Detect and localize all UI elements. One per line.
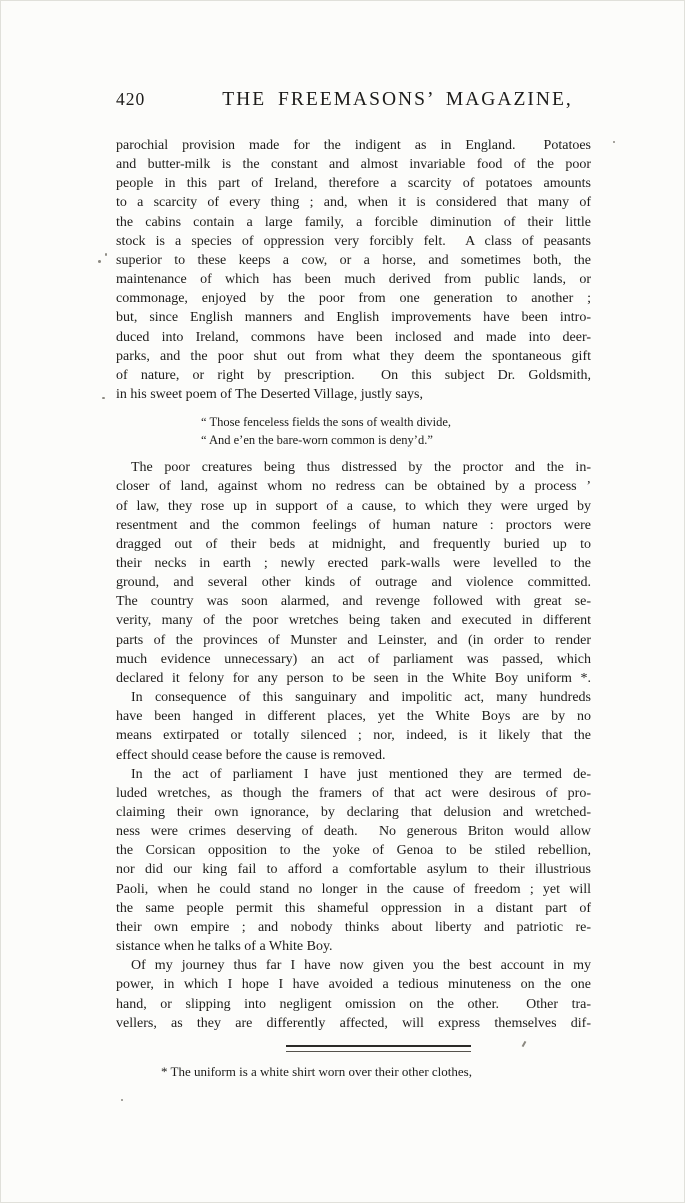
paragraph: In the act of parliament I have just men… (116, 765, 591, 957)
text-line: In the act of parliament I have just men… (116, 765, 591, 784)
text-line: nor did our king fail to afford a comfor… (116, 860, 591, 879)
scan-speck (102, 397, 105, 399)
text-line: “ Those fenceless fields the sons of wea… (201, 414, 591, 432)
magazine-page: 420 THE FREEMASONS’ MAGAZINE, parochial … (0, 0, 685, 1203)
text-line: closer of land, against whom no redress … (116, 477, 591, 496)
paragraph: The poor creatures being thus distressed… (116, 458, 591, 688)
text-line: hand, or slipping into negligent omissio… (116, 995, 591, 1014)
text-line: the Corsican opposition to the yoke of G… (116, 841, 591, 860)
text-line: their necks in earth ; newly erected par… (116, 554, 591, 573)
text-line: Of my journey thus far I have now given … (116, 956, 591, 975)
scan-speck (105, 253, 107, 256)
text-line: their own empire ; and nobody thinks abo… (116, 918, 591, 937)
paragraph: Of my journey thus far I have now given … (116, 956, 591, 1033)
text-line: parochial provision made for the indigen… (116, 136, 591, 155)
text-line: in his sweet poem of The Deserted Villag… (116, 385, 591, 404)
text-line: power, in which I hope I have avoided a … (116, 975, 591, 994)
text-line: much evidence unnecessary) an act of par… (116, 650, 591, 669)
text-line: the cabins contain a large family, a for… (116, 213, 591, 232)
footnote-text: * The uniform is a white shirt worn over… (116, 1063, 591, 1081)
text-line: of law, they rose up in support of a cau… (116, 497, 591, 516)
paragraph: In consequence of this sanguinary and im… (116, 688, 591, 765)
page-content: 420 THE FREEMASONS’ MAGAZINE, parochial … (116, 89, 591, 1081)
text-line: ground, and several other kinds of outra… (116, 573, 591, 592)
text-line: the same people permit this shameful opp… (116, 899, 591, 918)
paragraph: parochial provision made for the indigen… (116, 136, 591, 404)
text-line: claiming their own ignorance, by declari… (116, 803, 591, 822)
text-line: verity, many of the poor wretches being … (116, 611, 591, 630)
text-line: The country was soon alarmed, and reveng… (116, 592, 591, 611)
text-line: parks, and the poor shut out from what t… (116, 347, 591, 366)
text-line: maintenance of which has been much deriv… (116, 270, 591, 289)
text-line: people in this part of Ireland, therefor… (116, 174, 591, 193)
text-line: The poor creatures being thus distressed… (116, 458, 591, 477)
scan-speck (98, 260, 101, 263)
poem-quote: “ Those fenceless fields the sons of wea… (116, 414, 591, 449)
page-body: parochial provision made for the indigen… (116, 136, 591, 1033)
text-line: superior to these keeps a cow, or a hors… (116, 251, 591, 270)
text-line: of nature, or right by prescription. On … (116, 366, 591, 385)
text-line: duced into Ireland, commons have been in… (116, 328, 591, 347)
text-line: means extirpated or totally silenced ; n… (116, 726, 591, 745)
text-line: “ And e’en the bare-worn common is deny’… (201, 432, 591, 450)
text-line: luded wretches, as though the framers of… (116, 784, 591, 803)
footnote-rule (286, 1045, 471, 1052)
text-line: vellers, as they are differently affecte… (116, 1014, 591, 1033)
text-line: In consequence of this sanguinary and im… (116, 688, 591, 707)
text-line: resentment and the common feelings of hu… (116, 516, 591, 535)
text-line: declared it felony for any person to be … (116, 669, 591, 688)
text-line: parts of the provinces of Munster and Le… (116, 631, 591, 650)
page-header: 420 THE FREEMASONS’ MAGAZINE, (116, 89, 591, 111)
text-line: ness were crimes deserving of death. No … (116, 822, 591, 841)
journal-title: THE FREEMASONS’ MAGAZINE, (204, 89, 591, 111)
page-number: 420 (116, 89, 204, 110)
text-line: to a scarcity of every thing ; and, when… (116, 193, 591, 212)
text-line: effect should cease before the cause is … (116, 746, 591, 765)
text-line: stock is a species of oppression very fo… (116, 232, 591, 251)
text-line: sistance when he talks of a White Boy. (116, 937, 591, 956)
scan-speck (121, 1099, 123, 1101)
scan-speck (613, 141, 615, 143)
text-line: Paoli, when he could stand no longer in … (116, 880, 591, 899)
footnote-area: * The uniform is a white shirt worn over… (116, 1045, 591, 1081)
text-line: and butter-milk is the constant and almo… (116, 155, 591, 174)
text-line: dragged out of their beds at midnight, a… (116, 535, 591, 554)
text-line: have been hanged in different places, ye… (116, 707, 591, 726)
text-line: but, since English manners and English i… (116, 308, 591, 327)
text-line: commonage, enjoyed by the poor from one … (116, 289, 591, 308)
